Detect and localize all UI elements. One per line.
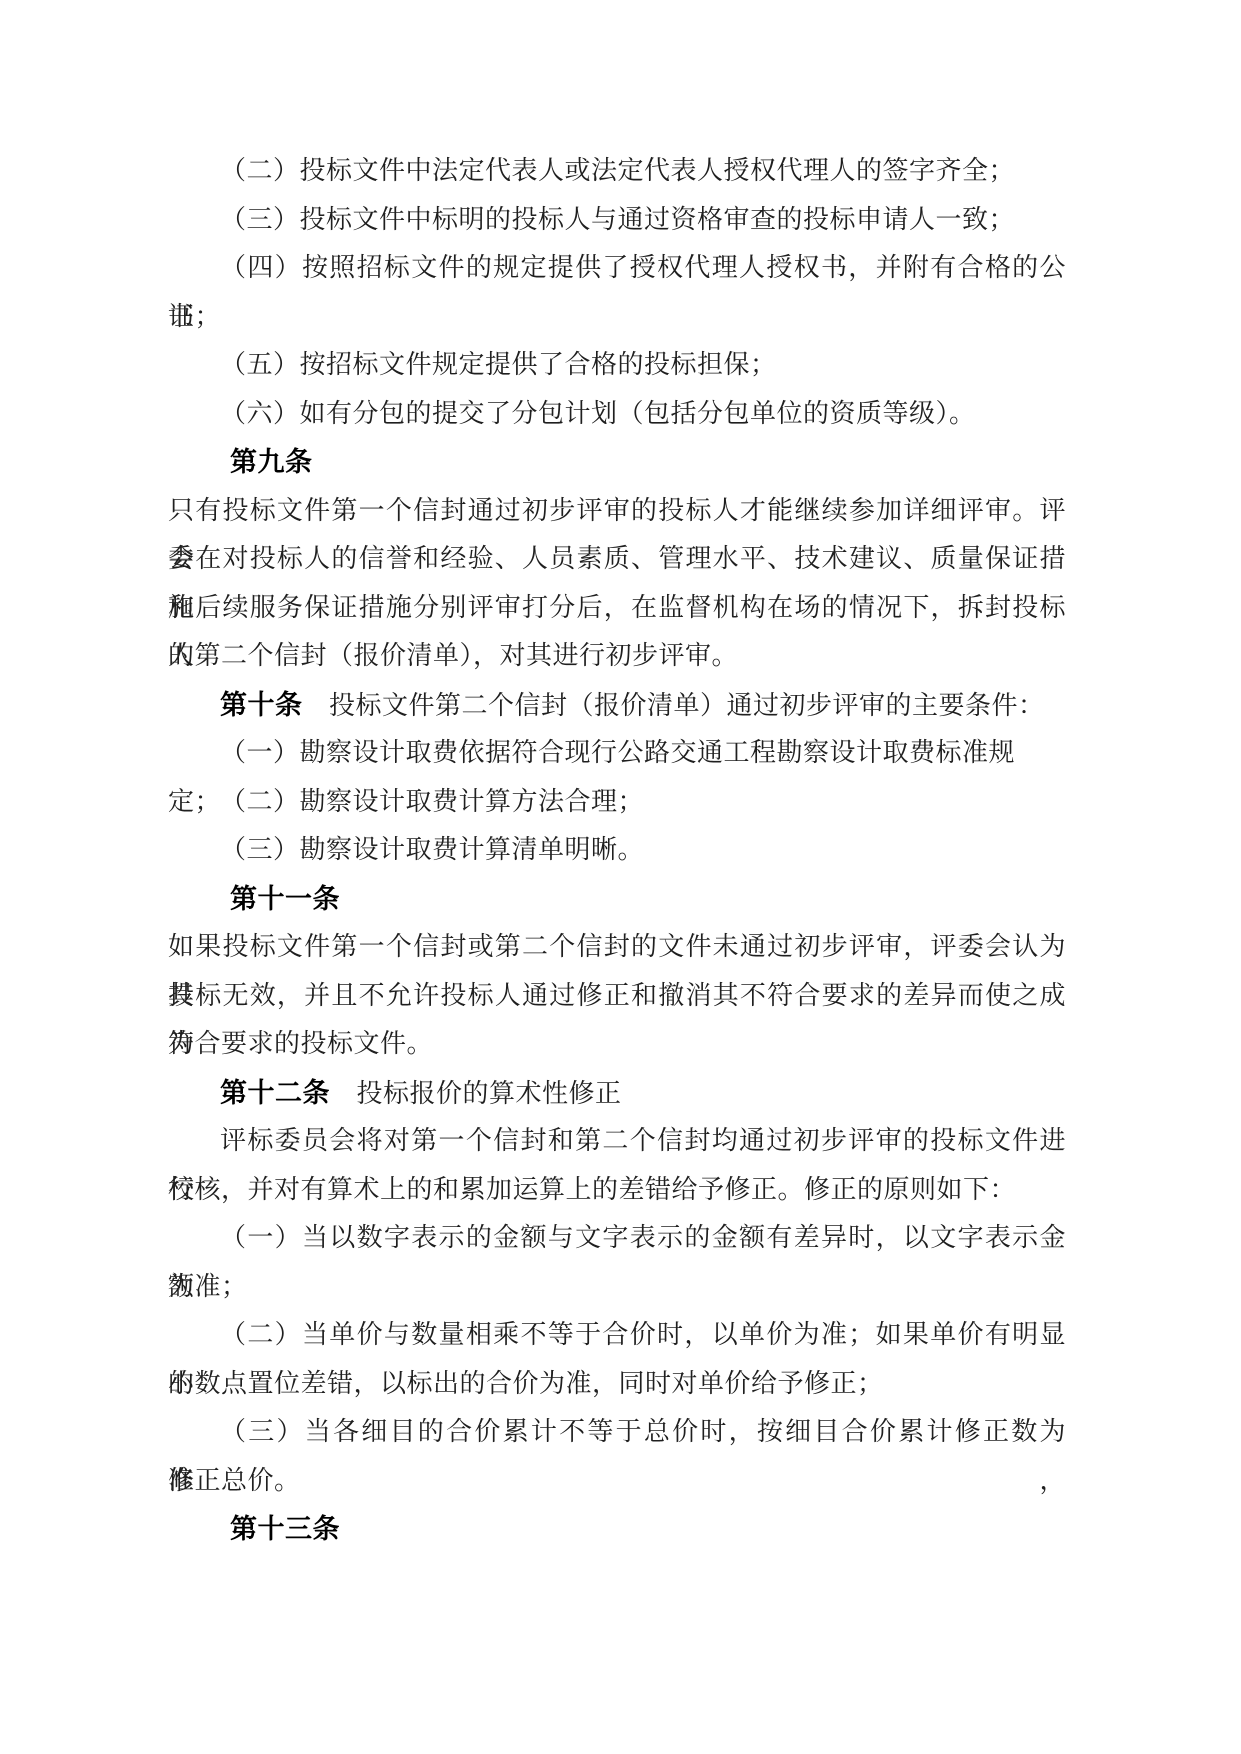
document-page: （二）投标文件中法定代表人或法定代表人授权代理人的签字齐全；（三）投标文件中标明… (0, 0, 1241, 1754)
text-line: 会在对投标人的信誉和经验、人员素质、管理水平、技术建议、质量保证措施 (168, 535, 1066, 584)
text-line: （四）按照招标文件的规定提供了授权代理人授权书，并附有合格的公证 (168, 244, 1066, 293)
text-line: （二）投标文件中法定代表人或法定代表人授权代理人的签字齐全； (168, 147, 1066, 196)
text-line: 只有投标文件第一个信封通过初步评审的投标人才能继续参加详细评审。评委 (168, 487, 1066, 536)
text-line: 小数点置位差错，以标出的合价为准，同时对单价给予修正； (168, 1360, 1066, 1409)
text-line: 书； (168, 293, 1066, 342)
text-line: （五）按招标文件规定提供了合格的投标担保； (168, 341, 1066, 390)
text-line: 校核，并对有算术上的和累加运算上的差错给予修正。修正的原则如下： (168, 1166, 1066, 1215)
text-line: 符合要求的投标文件。 (168, 1020, 1066, 1069)
text-line: （三）投标文件中标明的投标人与通过资格审查的投标申请人一致； (168, 196, 1066, 245)
article-heading: 第十一条 (168, 875, 1066, 924)
article-heading: 第九条 (168, 438, 1066, 487)
article-title-text: 投标文件第二个信封（报价清单）通过初步评审的主要条件： (303, 691, 1045, 720)
article-number: 第十二条 (220, 1078, 330, 1108)
document-text-block: （二）投标文件中法定代表人或法定代表人授权代理人的签字齐全；（三）投标文件中标明… (168, 147, 1066, 1554)
text-line: 第十二条 投标报价的算术性修正 (168, 1069, 1066, 1118)
text-line: 评标委员会将对第一个信封和第二个信封均通过初步评审的投标文件进行 (168, 1117, 1066, 1166)
text-line: （六）如有分包的提交了分包计划（包括分包单位的资质等级）。 (168, 390, 1066, 439)
text-line: （二）勘察设计取费计算方法合理； (168, 778, 1066, 827)
text-line: （二）当单价与数量相乘不等于合价时，以单价为准；如果单价有明显的 (168, 1311, 1066, 1360)
text-line: 投标无效，并且不允许投标人通过修正和撤消其不符合要求的差异而使之成为 (168, 972, 1066, 1021)
text-line: 和后续服务保证措施分别评审打分后，在监督机构在场的情况下，拆封投标人 (168, 584, 1066, 633)
text-line: 第十条 投标文件第二个信封（报价清单）通过初步评审的主要条件： (168, 681, 1066, 730)
article-heading: 第十三条 (168, 1505, 1066, 1554)
text-line: 如果投标文件第一个信封或第二个信封的文件未通过初步评审，评委会认为其 (168, 923, 1066, 972)
text-line: 为准； (168, 1263, 1066, 1312)
article-number: 第十条 (220, 690, 303, 720)
text-line: 的第二个信封（报价清单），对其进行初步评审。 (168, 632, 1066, 681)
text-line: （一）勘察设计取费依据符合现行公路交通工程勘察设计取费标准规定； (168, 729, 1066, 778)
article-title-text: 投标报价的算术性修正 (330, 1079, 622, 1108)
text-line: （三）当各细目的合价累计不等于总价时，按细目合价累计修正数为准， (168, 1408, 1066, 1457)
text-line: （一）当以数字表示的金额与文字表示的金额有差异时，以文字表示金额 (168, 1214, 1066, 1263)
text-line: （三）勘察设计取费计算清单明晰。 (168, 826, 1066, 875)
